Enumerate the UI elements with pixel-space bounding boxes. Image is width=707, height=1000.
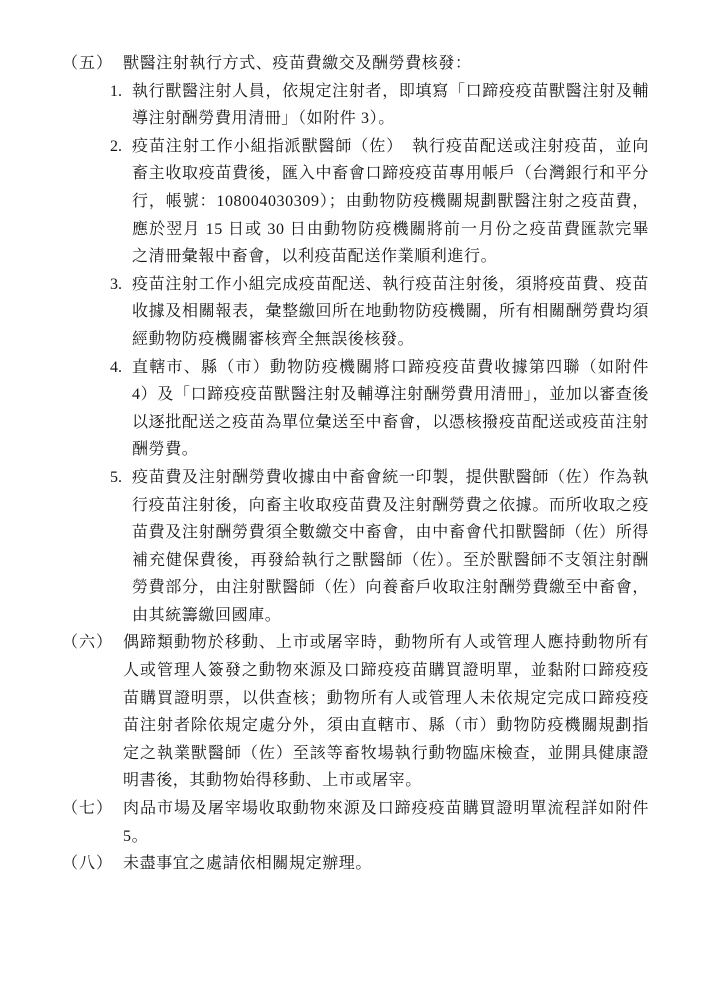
section-label: （六） (62, 629, 123, 657)
section-text: 獸醫注射執行方式、疫苗費繳交及酬勞費核發： (123, 50, 649, 78)
section-label: （八） (62, 850, 123, 878)
item-number: 3. (110, 271, 132, 299)
item-text: 疫苗費及注射酬勞費收據由中畜會統一印製，提供獸醫師（佐）作為執行疫苗注射後，向畜… (132, 464, 649, 630)
section-label: （五） (62, 50, 123, 78)
item-number: 4. (110, 354, 132, 382)
section: （六） 偶蹄類動物於移動、上市或屠宰時，動物所有人或管理人應持動物所有人或管理人… (62, 629, 649, 795)
section: （七） 肉品市場及屠宰場收取動物來源及口蹄疫疫苗購買證明單流程詳如附件 5。 (62, 795, 649, 850)
section-text: 偶蹄類動物於移動、上市或屠宰時，動物所有人或管理人應持動物所有人或管理人簽發之動… (123, 629, 649, 795)
list-item: 4. 直轄市、縣（市）動物防疫機關將口蹄疫疫苗費收據第四聯（如附件 4）及「口蹄… (110, 354, 649, 464)
list-item: 2. 疫苗注射工作小組指派獸醫師（佐） 執行疫苗配送或注射疫苗，並向畜主收取疫苗… (110, 133, 649, 271)
item-text: 直轄市、縣（市）動物防疫機關將口蹄疫疫苗費收據第四聯（如附件 4）及「口蹄疫疫苗… (132, 354, 649, 464)
section-text: 未盡事宜之處請依相關規定辦理。 (123, 850, 649, 878)
section-head: （六） 偶蹄類動物於移動、上市或屠宰時，動物所有人或管理人應持動物所有人或管理人… (62, 629, 649, 795)
section-head: （七） 肉品市場及屠宰場收取動物來源及口蹄疫疫苗購買證明單流程詳如附件 5。 (62, 795, 649, 850)
item-text: 疫苗注射工作小組指派獸醫師（佐） 執行疫苗配送或注射疫苗，並向畜主收取疫苗費後，… (132, 133, 649, 271)
section-head: （八） 未盡事宜之處請依相關規定辦理。 (62, 850, 649, 878)
section-items: 1. 執行獸醫注射人員，依規定注射者，即填寫「口蹄疫疫苗獸醫注射及輔導注射酬勞費… (110, 78, 649, 630)
document-page: （五） 獸醫注射執行方式、疫苗費繳交及酬勞費核發： 1. 執行獸醫注射人員，依規… (0, 0, 707, 1000)
item-number: 1. (110, 78, 132, 106)
list-item: 1. 執行獸醫注射人員，依規定注射者，即填寫「口蹄疫疫苗獸醫注射及輔導注射酬勞費… (110, 78, 649, 133)
section-text: 肉品市場及屠宰場收取動物來源及口蹄疫疫苗購買證明單流程詳如附件 5。 (123, 795, 649, 850)
item-text: 疫苗注射工作小組完成疫苗配送、執行疫苗注射後，須將疫苗費、疫苗收據及相關報表，彙… (132, 271, 649, 354)
section-head: （五） 獸醫注射執行方式、疫苗費繳交及酬勞費核發： (62, 50, 649, 78)
list-item: 3. 疫苗注射工作小組完成疫苗配送、執行疫苗注射後，須將疫苗費、疫苗收據及相關報… (110, 271, 649, 354)
item-text: 執行獸醫注射人員，依規定注射者，即填寫「口蹄疫疫苗獸醫注射及輔導注射酬勞費用清冊… (132, 78, 649, 133)
item-number: 5. (110, 464, 132, 492)
section-label: （七） (62, 795, 123, 823)
section: （五） 獸醫注射執行方式、疫苗費繳交及酬勞費核發： 1. 執行獸醫注射人員，依規… (62, 50, 649, 629)
list-item: 5. 疫苗費及注射酬勞費收據由中畜會統一印製，提供獸醫師（佐）作為執行疫苗注射後… (110, 464, 649, 630)
section: （八） 未盡事宜之處請依相關規定辦理。 (62, 850, 649, 878)
document-content: （五） 獸醫注射執行方式、疫苗費繳交及酬勞費核發： 1. 執行獸醫注射人員，依規… (62, 50, 649, 878)
item-number: 2. (110, 133, 132, 161)
